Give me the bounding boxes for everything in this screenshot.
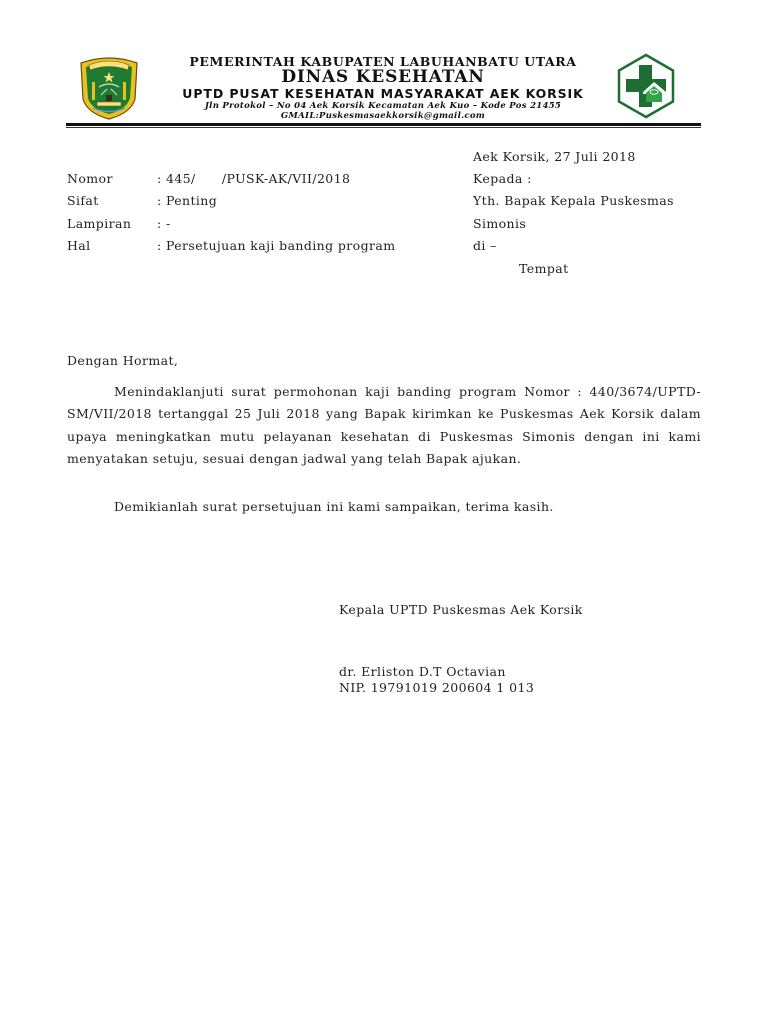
recipient-line-1: Yth. Bapak Kepala Puskesmas <box>473 193 674 208</box>
recipient-tempat: Tempat <box>519 261 569 276</box>
recipient-di: di – <box>473 238 497 253</box>
letterhead-unit: UPTD PUSAT KESEHATAN MASYARAKAT AEK KORS… <box>150 86 616 101</box>
meta-label-lampiran: Lampiran <box>67 216 131 231</box>
letterhead-divider <box>66 123 701 126</box>
body-paragraph-1: Menindaklanjuti surat permohonan kaji ba… <box>67 381 701 470</box>
meta-label-sifat: Sifat <box>67 193 99 208</box>
letterhead-email: GMAIL:Puskesmasaekkorsik@gmail.com <box>150 111 616 121</box>
signature-nip: NIP. 19791019 200604 1 013 <box>339 680 534 695</box>
salutation: Dengan Hormat, <box>67 353 178 368</box>
place-date: Aek Korsik, 27 Juli 2018 <box>473 149 636 164</box>
puskesmas-cross-icon <box>612 52 680 120</box>
meta-value-lampiran: : - <box>157 216 171 231</box>
recipient-line-2: Simonis <box>473 216 526 231</box>
signature-name: dr. Erliston D.T Octavian <box>339 664 506 679</box>
signature-title: Kepala UPTD Puskesmas Aek Korsik <box>339 602 583 617</box>
letterhead-divider-thin <box>66 127 701 128</box>
meta-value-sifat: : Penting <box>157 193 217 208</box>
meta-value-hal: : Persetujuan kaji banding program <box>157 238 395 253</box>
body-paragraph-2: Demikianlah surat persetujuan ini kami s… <box>67 496 701 518</box>
letterhead-department: DINAS KESEHATAN <box>150 67 616 87</box>
meta-label-nomor: Nomor <box>67 171 113 186</box>
meta-value-nomor: : 445/ /PUSK-AK/VII/2018 <box>157 171 350 186</box>
letter-page: PEMERINTAH KABUPATEN LABUHANBATU UTARA D… <box>0 0 768 1024</box>
meta-label-hal: Hal <box>67 238 91 253</box>
recipient-label: Kepada : <box>473 171 532 186</box>
regency-coat-of-arms-icon <box>77 55 141 121</box>
letterhead-address: Jln Protokol – No 04 Aek Korsik Kecamata… <box>150 101 616 111</box>
